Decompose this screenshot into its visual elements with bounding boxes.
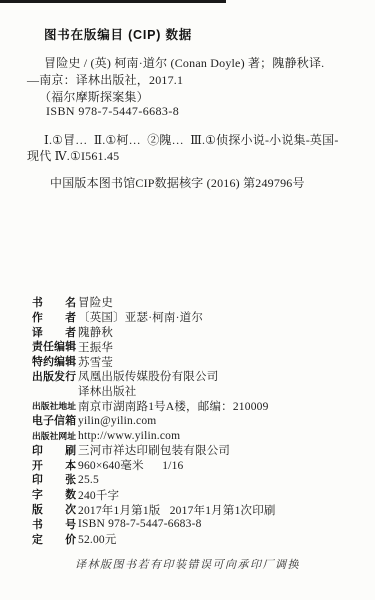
- cip-isbn: ISBN 978-7-5447-6683-8: [46, 104, 179, 119]
- colophon-value: 南京市湖南路1号A楼，邮编：210009: [78, 398, 269, 414]
- colophon-row-responsible-editor: 责任编辑 王振华: [32, 339, 352, 354]
- colophon-label: 作者: [32, 310, 76, 325]
- colophon-value: 隗静秋: [78, 324, 113, 340]
- colophon-value: 苏雪莹: [78, 354, 113, 370]
- colophon-label: 印刷: [32, 443, 76, 458]
- colophon-label: 特约编辑: [32, 354, 76, 369]
- cip-record-number: 中国版本图书馆CIP数据核字 (2016) 第249796号: [50, 174, 305, 191]
- colophon-label: 字数: [32, 487, 76, 502]
- colophon-row-isbn: 书号 ISBN 978-7-5447-6683-8: [32, 517, 352, 532]
- colophon-row-translator: 译者 隗静秋: [32, 325, 352, 340]
- colophon-value: 凤凰出版传媒股份有限公司: [78, 368, 218, 384]
- colophon-value: 2017年1月第1版 2017年1月第1次印刷: [78, 502, 276, 518]
- book-copyright-page: 图书在版编目 (CIP) 数据 冒险史 / (英) 柯南·道尔 (Conan D…: [0, 0, 375, 600]
- cip-classification-line1: Ⅰ.①冒… Ⅱ.①柯… ②隗… Ⅲ.①侦探小说-小说集-英国-: [44, 131, 339, 148]
- colophon-row-author: 作者 〔英国〕亚瑟·柯南·道尔: [32, 310, 352, 325]
- colophon-label: 书名: [32, 295, 76, 310]
- colophon-value: 25.5: [78, 474, 99, 486]
- colophon-row-sheets: 印张 25.5: [32, 473, 352, 488]
- colophon-row-title: 书名 冒险史: [32, 295, 352, 310]
- colophon-value: 译林出版社: [78, 383, 137, 399]
- colophon-row-website: 出版社网址 http://www.yilin.com: [32, 428, 352, 443]
- colophon-label: 定价: [32, 532, 76, 547]
- cip-classification-line2: 现代 Ⅳ.①I561.45: [27, 147, 119, 164]
- colophon-row-format: 开本 960×640毫米 1/16: [32, 458, 352, 473]
- colophon-row-edition: 版次 2017年1月第1版 2017年1月第1次印刷: [32, 502, 352, 517]
- colophon-value: 三河市祥达印刷包装有限公司: [78, 442, 230, 458]
- colophon-table: 书名 冒险史 作者 〔英国〕亚瑟·柯南·道尔 译者 隗静秋 责任编辑 王振华 特…: [32, 295, 352, 547]
- colophon-row-contract-editor: 特约编辑 苏雪莹: [32, 354, 352, 369]
- colophon-label: 印张: [32, 472, 76, 487]
- colophon-label: 版次: [32, 502, 76, 517]
- scan-artifact-bar: [0, 0, 226, 3]
- colophon-row-publisher-2: 译林出版社: [32, 384, 352, 399]
- colophon-value: 240千字: [78, 487, 119, 503]
- colophon-value: yilin@yilin.com: [78, 415, 156, 427]
- colophon-label: 开本: [32, 458, 76, 473]
- colophon-row-printer: 印刷 三河市祥达印刷包装有限公司: [32, 443, 352, 458]
- colophon-label: 出版社网址: [32, 429, 76, 442]
- colophon-value: 王振华: [78, 339, 113, 355]
- colophon-row-publisher: 出版发行 凤凰出版传媒股份有限公司: [32, 369, 352, 384]
- cip-header: 图书在版编目 (CIP) 数据: [44, 25, 192, 43]
- colophon-value: http://www.yilin.com: [78, 430, 180, 442]
- colophon-label: 责任编辑: [32, 339, 76, 354]
- misprint-exchange-note: 译林版图书若有印装错误可向承印厂调换: [0, 556, 375, 572]
- colophon-row-price: 定价 52.00元: [32, 532, 352, 547]
- colophon-value: 960×640毫米 1/16: [78, 457, 183, 473]
- series-note: （福尔摩斯探案集）: [39, 88, 149, 105]
- colophon-row-word-count: 字数 240千字: [32, 487, 352, 502]
- colophon-value: 52.00元: [78, 531, 117, 547]
- cip-entry-line2: —南京：译林出版社，2017.1: [27, 71, 183, 88]
- colophon-value: 〔英国〕亚瑟·柯南·道尔: [78, 309, 203, 325]
- colophon-row-email: 电子信箱 yilin@yilin.com: [32, 413, 352, 428]
- colophon-label: 书号: [32, 517, 76, 532]
- cip-entry-line1: 冒险史 / (英) 柯南·道尔 (Conan Doyle) 著；隗静秋译.: [44, 54, 324, 71]
- colophon-row-address: 出版社地址 南京市湖南路1号A楼，邮编：210009: [32, 399, 352, 414]
- colophon-label: 出版社地址: [32, 399, 76, 412]
- colophon-label: 电子信箱: [32, 413, 76, 428]
- colophon-label: 出版发行: [32, 369, 76, 384]
- colophon-value: ISBN 978-7-5447-6683-8: [78, 518, 202, 530]
- colophon-value: 冒险史: [78, 294, 113, 310]
- colophon-label: 译者: [32, 325, 76, 340]
